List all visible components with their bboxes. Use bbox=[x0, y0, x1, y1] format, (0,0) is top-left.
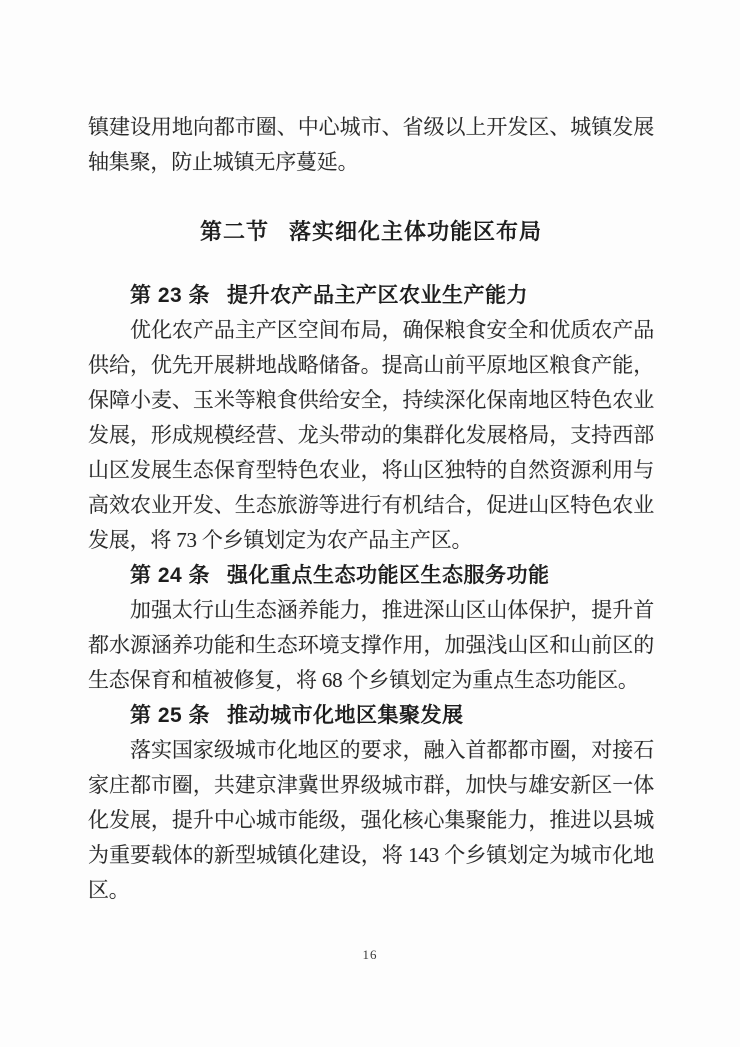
article-24-body: 加强太行山生态涵养能力，推进深山区山体保护，提升首都水源涵养功能和生态环境支撑作… bbox=[88, 593, 654, 698]
paragraph-continuation: 镇建设用地向都市圈、中心城市、省级以上开发区、城镇发展轴集聚，防止城镇无序蔓延。 bbox=[88, 110, 654, 180]
article-25-title: 推动城市化地区集聚发展 bbox=[227, 704, 464, 727]
page-content: 镇建设用地向都市圈、中心城市、省级以上开发区、城镇发展轴集聚，防止城镇无序蔓延。… bbox=[0, 0, 740, 908]
article-23-body: 优化农产品主产区空间布局，确保粮食安全和优质农产品供给，优先开展耕地战略储备。提… bbox=[88, 313, 654, 558]
document-page: 镇建设用地向都市圈、中心城市、省级以上开发区、城镇发展轴集聚，防止城镇无序蔓延。… bbox=[0, 0, 740, 1047]
article-heading-24: 第 24 条强化重点生态功能区生态服务功能 bbox=[88, 558, 654, 593]
page-number: 16 bbox=[0, 947, 740, 963]
article-25-number: 第 25 条 bbox=[130, 704, 210, 727]
article-heading-23: 第 23 条提升农产品主产区农业生产能力 bbox=[88, 278, 654, 313]
article-25-body: 落实国家级城市化地区的要求，融入首都都市圈，对接石家庄都市圈，共建京津冀世界级城… bbox=[88, 733, 654, 908]
section-number: 第二节 bbox=[200, 219, 269, 244]
section-heading: 第二节落实细化主体功能区布局 bbox=[88, 214, 654, 249]
section-title: 落实细化主体功能区布局 bbox=[289, 219, 542, 244]
article-24-number: 第 24 条 bbox=[130, 564, 210, 587]
article-23-title: 提升农产品主产区农业生产能力 bbox=[227, 284, 528, 307]
article-23-number: 第 23 条 bbox=[130, 284, 210, 307]
article-heading-25: 第 25 条推动城市化地区集聚发展 bbox=[88, 698, 654, 733]
article-24-title: 强化重点生态功能区生态服务功能 bbox=[227, 564, 550, 587]
